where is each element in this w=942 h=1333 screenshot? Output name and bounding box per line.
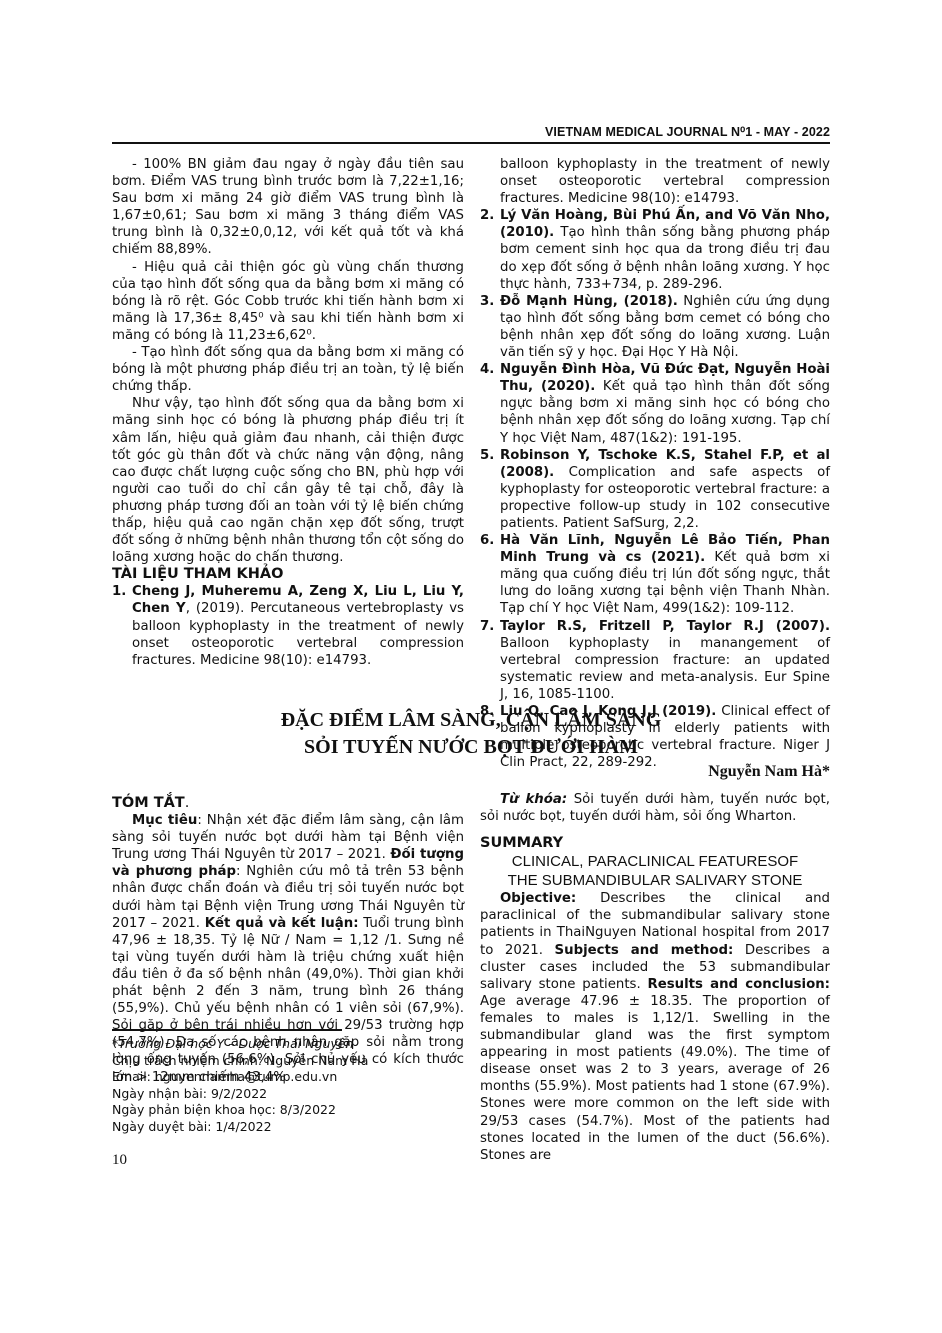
- reference-number: 3.: [480, 293, 500, 361]
- page-number: 10: [112, 1152, 127, 1169]
- reference-number: 7.: [480, 618, 500, 703]
- email: Email: nguyennamha@tump.edu.vn: [112, 1069, 464, 1086]
- objective-label: Mục tiêu: [132, 813, 197, 828]
- article-title: ĐẶC ĐIỂM LÂM SÀNG, CẬN LÂM SÀNG SỎI TUYẾ…: [112, 707, 830, 761]
- reference-body: Đỗ Mạnh Hùng, (2018). Nghiên cứu ứng dụn…: [500, 293, 830, 361]
- reference-item: 4. Nguyễn Đình Hòa, Vũ Đức Đạt, Nguyễn H…: [480, 361, 830, 446]
- reference-number: 6.: [480, 532, 500, 617]
- received-date: Ngày nhận bài: 9/2/2022: [112, 1086, 464, 1103]
- journal-page: VIETNAM MEDICAL JOURNAL N⁰1 - MAY - 2022…: [0, 0, 942, 1333]
- conclusion-paragraph: - 100% BN giảm đau ngay ở ngày đầu tiên …: [112, 156, 464, 259]
- responsible-author: Chịu trách nhiệm chính: Nguyễn Nam Hà: [112, 1053, 464, 1070]
- conclusion-paragraph: - Tạo hình đốt sống qua da bằng bơm xi m…: [112, 344, 464, 395]
- summary-body: Objective: Describes the clinical and pa…: [480, 890, 830, 1164]
- reference-item: 3. Đỗ Mạnh Hùng, (2018). Nghiên cứu ứng …: [480, 293, 830, 361]
- reference-body: Nguyễn Đình Hòa, Vũ Đức Đạt, Nguyễn Hoài…: [500, 361, 830, 446]
- reference-body: Robinson Y, Tschoke K.S, Stahel F.P, et …: [500, 447, 830, 532]
- conclusion-paragraph: - Hiệu quả cải thiện góc gù vùng chấn th…: [112, 259, 464, 344]
- reference-item: balloon kyphoplasty in the treatment of …: [480, 156, 830, 207]
- reference-number: 1.: [112, 583, 132, 668]
- reference-item: 7. Taylor R.S, Fritzell P, Taylor R.J (2…: [480, 618, 830, 703]
- keywords-label: Từ khóa:: [500, 792, 567, 807]
- summary-english: Từ khóa: Sỏi tuyến dưới hàm, tuyến nước …: [480, 791, 830, 1164]
- footnote-rule: [112, 1029, 342, 1031]
- reference-item: 6. Hà Văn Lĩnh, Nguyễn Lê Bảo Tiến, Phan…: [480, 532, 830, 617]
- references-heading: TÀI LIỆU THAM KHẢO: [112, 566, 464, 583]
- reference-text: Balloon kyphoplasty in manangement of ve…: [500, 636, 830, 702]
- header-rule: [112, 142, 830, 144]
- running-head: VIETNAM MEDICAL JOURNAL N⁰1 - MAY - 2022: [112, 124, 830, 139]
- reviewed-date: Ngày phản biện khoa học: 8/3/2022: [112, 1102, 464, 1119]
- reference-continuation: balloon kyphoplasty in the treatment of …: [500, 156, 830, 207]
- abstract-heading: TÓM TẮT.: [112, 795, 464, 812]
- summary-title-line-1: CLINICAL, PARACLINICAL FEATURESOF: [480, 852, 830, 871]
- reference-body: Cheng J, Muheremu A, Zeng X, Liu L, Liu …: [132, 583, 464, 668]
- affiliation: *Trường Đại học Y – Dược Thái Nguyên: [112, 1036, 464, 1053]
- reference-body: Taylor R.S, Fritzell P, Taylor R.J (2007…: [500, 618, 830, 703]
- conclusion-paragraph: Như vậy, tạo hình đốt sống qua da bằng b…: [112, 395, 464, 566]
- method-label: Subjects and method:: [555, 943, 734, 958]
- summary-heading: SUMMARY: [480, 835, 830, 852]
- objective-label: Objective:: [500, 891, 576, 906]
- article-title-line-1: ĐẶC ĐIỂM LÂM SÀNG, CẬN LÂM SÀNG: [112, 707, 830, 734]
- reference-item: 2. Lý Văn Hoàng, Bùi Phú Ấn, and Võ Văn …: [480, 207, 830, 292]
- keywords: Từ khóa: Sỏi tuyến dưới hàm, tuyến nước …: [480, 791, 830, 825]
- article-author: Nguyễn Nam Hà*: [600, 763, 830, 781]
- results-label: Kết quả và kết luận:: [205, 916, 359, 931]
- reference-item: 5. Robinson Y, Tschoke K.S, Stahel F.P, …: [480, 447, 830, 532]
- reference-authors: Đỗ Mạnh Hùng, (2018).: [500, 294, 678, 309]
- results-label: Results and conclusion:: [647, 977, 830, 992]
- accepted-date: Ngày duyệt bài: 1/4/2022: [112, 1119, 464, 1136]
- summary-title-line-2: THE SUBMANDIBULAR SALIVARY STONE: [480, 871, 830, 890]
- reference-authors: Taylor R.S, Fritzell P, Taylor R.J (2007…: [500, 619, 830, 634]
- references-list: balloon kyphoplasty in the treatment of …: [480, 156, 830, 771]
- reference-number: 5.: [480, 447, 500, 532]
- reference-number: 4.: [480, 361, 500, 446]
- article-title-line-2: SỎI TUYẾN NƯỚC BỌT DƯỚI HÀM: [112, 734, 830, 761]
- reference-body: Hà Văn Lĩnh, Nguyễn Lê Bảo Tiến, Phan Mi…: [500, 532, 830, 617]
- footnote: *Trường Đại học Y – Dược Thái Nguyên Chị…: [112, 1036, 464, 1136]
- previous-article-conclusion: - 100% BN giảm đau ngay ở ngày đầu tiên …: [112, 156, 464, 669]
- reference-number: 2.: [480, 207, 500, 292]
- reference-item: 1. Cheng J, Muheremu A, Zeng X, Liu L, L…: [112, 583, 464, 668]
- reference-body: Lý Văn Hoàng, Bùi Phú Ấn, and Võ Văn Nho…: [500, 207, 830, 292]
